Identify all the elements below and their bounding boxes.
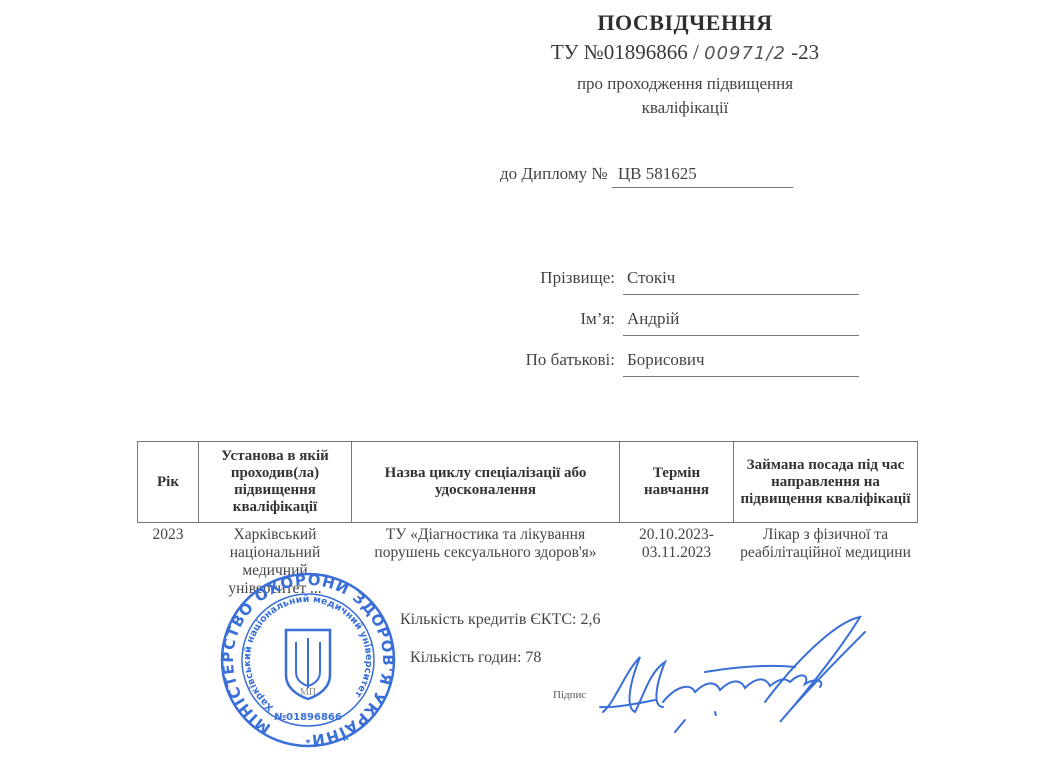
header-institution: Установа в якій проходив(ла) підвищення …: [199, 442, 352, 523]
number-handwritten: 00971/2: [704, 43, 786, 64]
surname-label: Прізвище:: [505, 268, 615, 288]
subtitle-line-1: про проходження підвищення: [500, 74, 870, 94]
number-prefix: ТУ №01896866 /: [551, 40, 699, 64]
diploma-number: ЦВ 581625: [612, 164, 793, 188]
svg-text:МП: МП: [300, 687, 316, 698]
name-value: Андрій: [623, 309, 859, 336]
name-field: Ім’я:Андрій: [505, 309, 859, 336]
signature-icon: [595, 612, 875, 742]
cell-position: Лікар з фізичної та реабілітаційної меди…: [734, 523, 918, 602]
header-position: Займана посада під час направлення на пі…: [734, 442, 918, 523]
cell-year: 2023: [138, 523, 199, 602]
patronymic-field: По батькові:Борисович: [505, 350, 859, 377]
header-course: Назва циклу спеціалізації або удосконале…: [352, 442, 620, 523]
hours-count: Кількість годин: 78: [410, 649, 541, 667]
number-suffix: -23: [791, 40, 819, 64]
diploma-reference: до Диплому № ЦВ 581625: [500, 164, 793, 188]
patronymic-value: Борисович: [623, 350, 859, 377]
svg-text:№01896866: №01896866: [274, 712, 342, 723]
table-header-row: Рік Установа в якій проходив(ла) підвище…: [138, 442, 918, 523]
subtitle-line-2: кваліфікації: [500, 98, 870, 118]
surname-field: Прізвище:Стокіч: [505, 268, 859, 295]
document-title: ПОСВІДЧЕННЯ: [500, 10, 870, 36]
signature-label: Підпис: [553, 689, 586, 701]
official-stamp-icon: МІНІСТЕРСТВО ОХОРОНИ ЗДОРОВ'Я УКРАЇНИ Ха…: [218, 570, 398, 755]
cell-period: 20.10.2023-03.11.2023: [620, 523, 734, 602]
patronymic-label: По батькові:: [505, 350, 615, 370]
diploma-label: до Диплому №: [500, 164, 608, 183]
surname-value: Стокіч: [623, 268, 859, 295]
svg-text:*: *: [305, 738, 311, 749]
certificate-number: ТУ №01896866 / 00971/2 -23: [500, 40, 870, 65]
header-period: Термін навчання: [620, 442, 734, 523]
ects-credits: Кількість кредитів ЄКТС: 2,6: [400, 611, 601, 629]
name-label: Ім’я:: [505, 309, 615, 329]
header-year: Рік: [138, 442, 199, 523]
